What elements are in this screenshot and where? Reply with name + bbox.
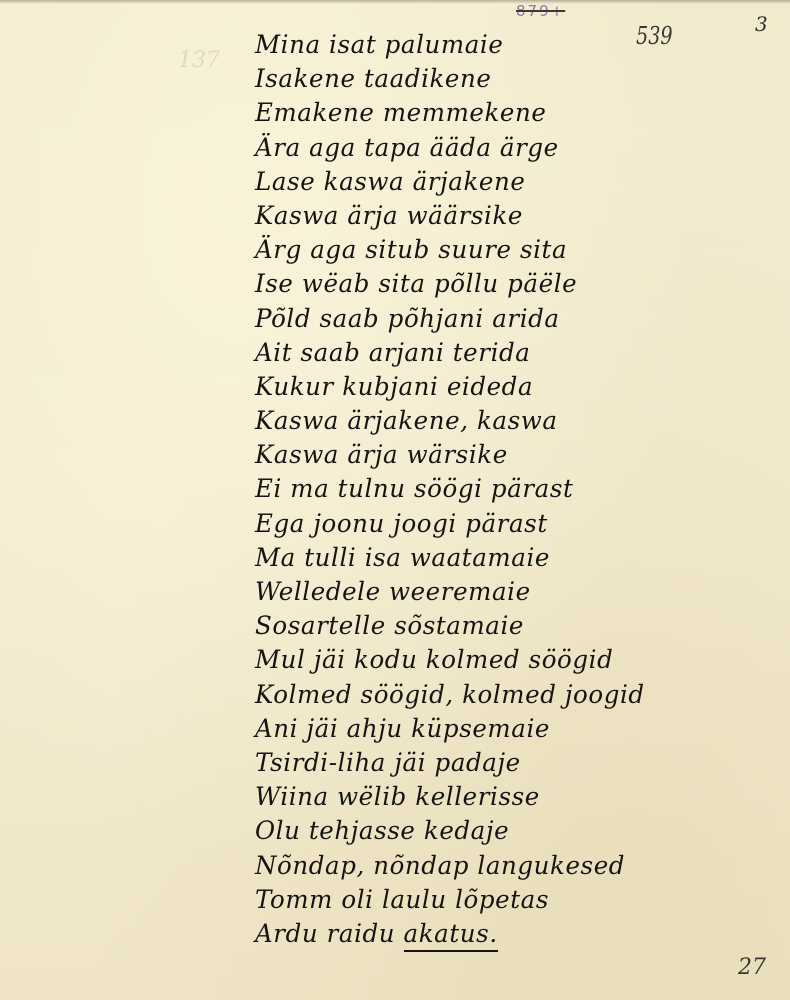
poem-line: Ait saab arjani terida — [255, 336, 645, 370]
poem-line: Kaswa ärja wärsike — [255, 438, 645, 472]
poem-line: Kolmed söögid, kolmed joogid — [255, 678, 645, 712]
poem-line: Ega joonu joogi pärast — [255, 507, 645, 541]
poem-line: Nõndap, nõndap langukesed — [255, 849, 645, 883]
poem-line: Olu tehjasse kedaje — [255, 814, 645, 848]
poem-text: Mina isat palumaie Isakene taadikene Ema… — [255, 28, 653, 951]
underlined-word: akatus. — [404, 919, 498, 952]
poem-line: Ise wëab sita põllu päële — [255, 267, 645, 301]
poem-line: Isakene taadikene — [255, 62, 645, 96]
poem-line: Ärg aga situb suure sita — [255, 233, 645, 267]
poem-line: Ära aga tapa ääda ärge — [255, 131, 645, 165]
bottom-page-number: 27 — [738, 955, 766, 980]
poem-line: Kaswa ärja wäärsike — [255, 199, 645, 233]
poem-line: Welledele weeremaie — [255, 575, 645, 609]
poem-line: Tomm oli laulu lõpetas — [255, 883, 645, 917]
page-top-edge — [0, 0, 790, 4]
poem-line: Ani jäi ahju küpsemaie — [255, 712, 645, 746]
corner-page-number: 3 — [755, 12, 768, 36]
poem-line-last: Ardu raidu akatus. — [255, 917, 645, 951]
poem-line: Emakene memmekene — [255, 96, 645, 130]
manuscript-page: 879+ 539 3 137 Mina isat palumaie Isaken… — [0, 0, 790, 1000]
poem-line: Kukur kubjani eideda — [255, 370, 645, 404]
last-line-start: Ardu raidu — [255, 919, 395, 948]
poem-line: Põld saab põhjani arida — [255, 302, 645, 336]
struck-archive-number: 879+ — [516, 2, 565, 20]
poem-line: Tsirdi-liha jäi padaje — [255, 746, 645, 780]
poem-line: Mina isat palumaie — [255, 28, 645, 62]
bleed-through-number: 137 — [178, 48, 220, 73]
poem-line: Ma tulli isa waatamaie — [255, 541, 645, 575]
poem-line: Lase kaswa ärjakene — [255, 165, 645, 199]
poem-line: Wiina wëlib kellerisse — [255, 780, 645, 814]
poem-line: Mul jäi kodu kolmed söögid — [255, 643, 645, 677]
poem-line: Sosartelle sõstamaie — [255, 609, 645, 643]
poem-line: Ei ma tulnu söögi pärast — [255, 472, 645, 506]
poem-line: Kaswa ärjakene, kaswa — [255, 404, 645, 438]
